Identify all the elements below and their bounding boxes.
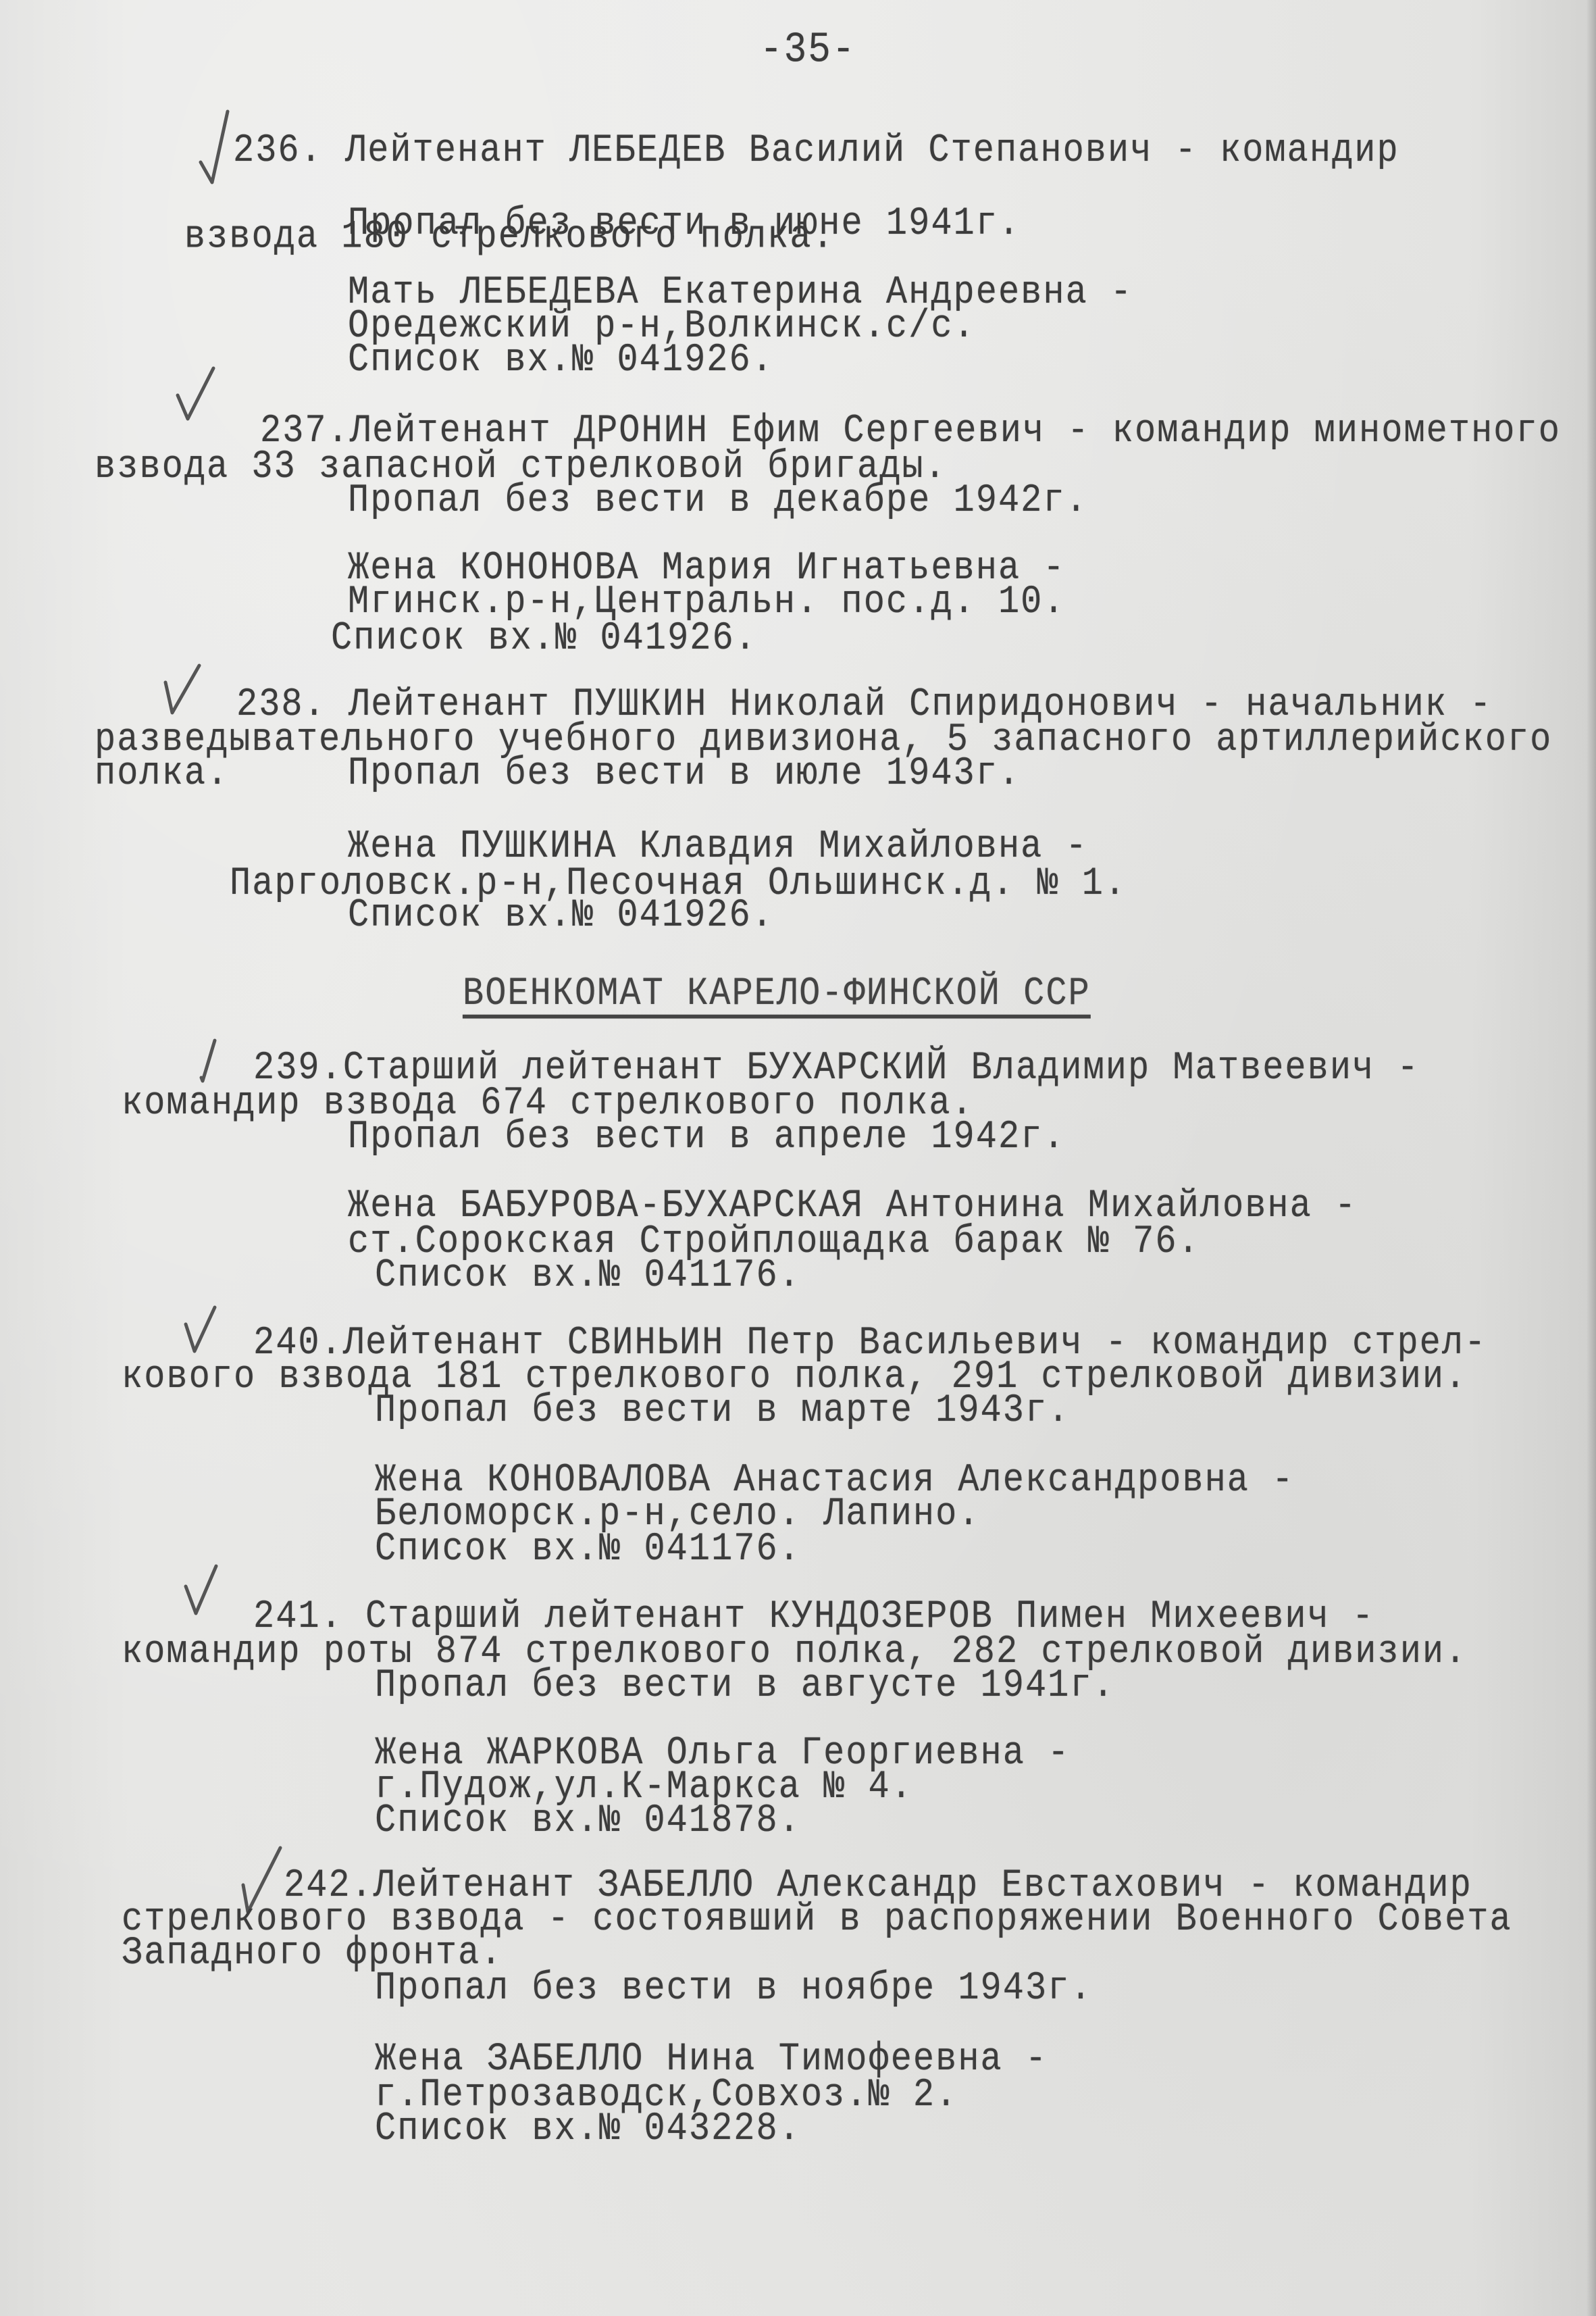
entry-238-line-3b: Пропал без вести в июле 1943г. [348, 751, 1021, 797]
entry-239-relative-3: Список вх.№ 041176. [375, 1253, 801, 1299]
page-number: -35- [760, 27, 856, 72]
entry-236-line-1: 236. Лейтенант ЛЕБЕДЕВ Василий Степанови… [233, 128, 1399, 174]
entry-238-line-3a: полка. [95, 751, 229, 797]
entry-237-line-3: Пропал без вести в декабре 1942г. [348, 478, 1088, 524]
entry-236-line-3: Пропал без вести в июне 1941г. [348, 201, 1021, 247]
page-edge-shadow [1587, 0, 1596, 2316]
entry-242-line-4: Пропал без вести в ноябре 1943г. [375, 1966, 1093, 2011]
entry-236-relative-3: Список вх.№ 041926. [348, 338, 774, 383]
checkmark-icon [174, 368, 222, 443]
section-heading: ВОЕНКОМАТ КАРЕЛО-ФИНСКОЙ ССР [463, 972, 1091, 1017]
entry-237-relative-3: Список вх.№ 041926. [331, 616, 757, 661]
entry-240-relative-3: Список вх.№ 041176. [375, 1527, 801, 1572]
entry-238-relative-3: Список вх.№ 041926. [348, 893, 774, 938]
entry-241-line-3: Пропал без вести в августе 1941г. [375, 1663, 1115, 1709]
entry-240-line-3: Пропал без вести в марте 1943г. [375, 1388, 1070, 1434]
entry-239-line-3: Пропал без вести в апреле 1942г. [348, 1115, 1066, 1160]
entry-241-relative-3: Список вх.№ 041878. [375, 1798, 801, 1844]
entry-242-relative-3: Список вх.№ 043228. [375, 2107, 801, 2152]
document-page: -35- 236. Лейтенант ЛЕБЕДЕВ Василий Степ… [0, 0, 1596, 2316]
